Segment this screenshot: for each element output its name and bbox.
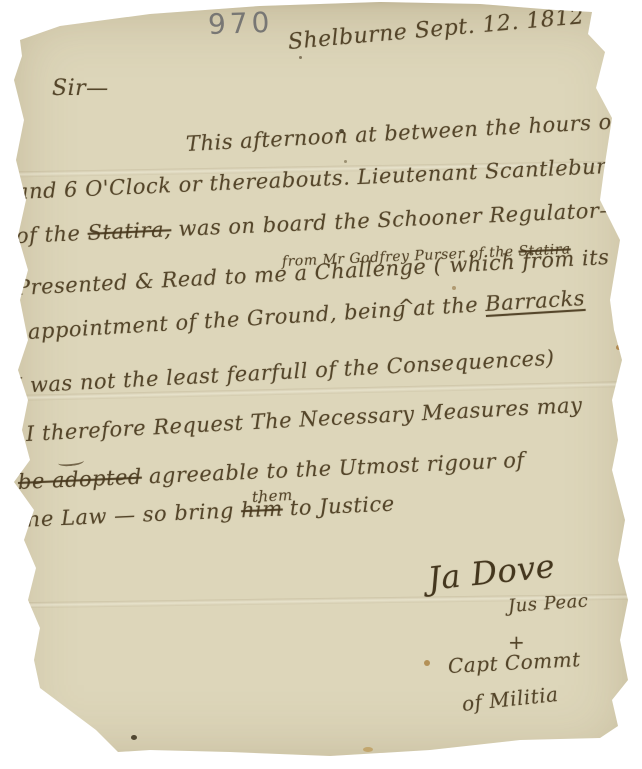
rust-stain — [424, 660, 430, 666]
salutation: Sir— — [52, 76, 109, 101]
struck-word-him: him — [241, 496, 284, 522]
body-line-3-text: of the — [15, 221, 88, 248]
ink-spot — [299, 56, 302, 59]
document-scan: 970 Shelburne Sept. 12. 1812 Sir— This a… — [0, 0, 642, 769]
archive-number: 970 — [207, 6, 274, 41]
body-line-9-text: to Justice — [282, 492, 395, 521]
struck-word-statira: Statira, — [87, 217, 172, 245]
rust-stain — [363, 747, 373, 752]
rust-stain — [616, 345, 621, 350]
ink-spot — [452, 286, 456, 290]
ink-spot — [131, 735, 137, 740]
manuscript-paper: 970 Shelburne Sept. 12. 1812 Sir— This a… — [0, 0, 642, 769]
ink-spot — [344, 160, 347, 163]
